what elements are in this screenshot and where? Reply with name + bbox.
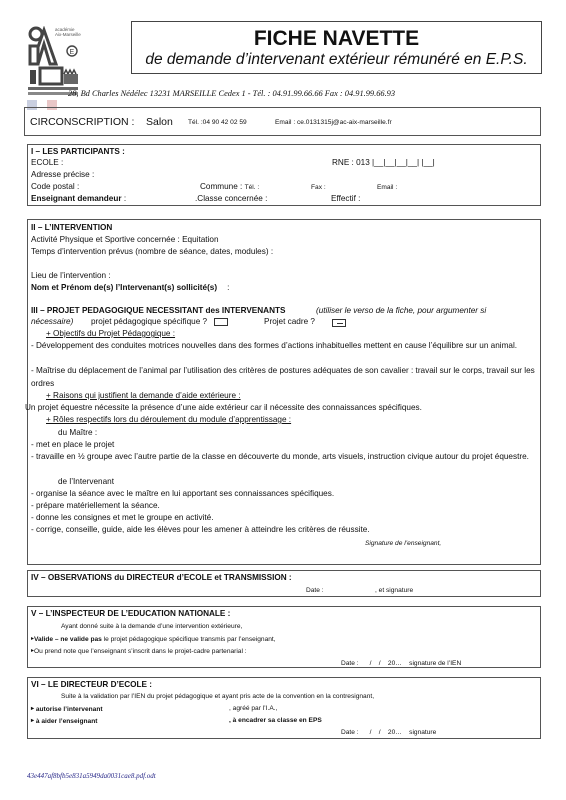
maitre-item-1: - met en place le projet xyxy=(31,440,114,450)
intervenant-item-3: - donne les consignes et met le groupe e… xyxy=(31,513,214,523)
adresse-label: Adresse précise : xyxy=(31,170,94,180)
classe-label: .Classe concernée : xyxy=(195,194,267,204)
section-3-note-cont: nécessaire) xyxy=(31,317,73,327)
raisons-heading: + Raisons qui justifient la demande d’ai… xyxy=(46,391,241,401)
cadre-label: Projet cadre ? xyxy=(264,317,315,327)
rne-field[interactable]: RNE : 013 |__|__|__|__| |__| xyxy=(332,158,435,168)
observations-signature-label: , et signature xyxy=(375,586,413,596)
section-6-title: VI – LE DIRECTEUR D’ECOLE : xyxy=(31,680,152,690)
enseignant-label: Enseignant demandeur : xyxy=(31,194,126,204)
page-title: FICHE NAVETTE xyxy=(132,28,541,50)
intervenant-item-2: - prépare matériellement la séance. xyxy=(31,501,160,511)
section-inspecteur: V – L’INSPECTEUR DE L’EDUCATION NATIONAL… xyxy=(27,606,541,668)
commune-label: Commune : Tél. : xyxy=(200,182,259,193)
circonscription-tel: Tél. :04 90 42 02 59 xyxy=(188,118,247,128)
intervenant-heading: de l’Intervenant xyxy=(58,477,114,487)
observations-date-label: Date : xyxy=(306,586,324,596)
effectif-label: Effectif : xyxy=(331,194,360,204)
agree-label: , agréé par l’I.A., xyxy=(229,704,277,714)
section-3-note: (utiliser le verso de la fiche, pour arg… xyxy=(316,306,486,316)
code-postal-label: Code postal : xyxy=(31,182,79,192)
address-line: 28, Bd Charles Nédélec 13231 MARSEILLE C… xyxy=(68,89,395,99)
specifique-checkbox[interactable] xyxy=(214,318,228,326)
maitre-heading: du Maître : xyxy=(58,428,97,438)
maitre-item-2: - travaille en ½ groupe avec l’autre par… xyxy=(31,451,539,464)
page-subtitle: de demande d’intervenant extérieur rémun… xyxy=(132,51,541,69)
directeur-intro: Suite à la validation par l’IEN du proje… xyxy=(61,692,374,702)
section-observations: IV – OBSERVATIONS du DIRECTEUR d’ECOLE e… xyxy=(27,570,541,597)
inspecteur-intro: Ayant donné suite à la demande d’une int… xyxy=(61,622,242,632)
section-4-title: IV – OBSERVATIONS du DIRECTEUR d’ECOLE e… xyxy=(31,573,292,583)
intervenant-item-4: - corrige, conseille, guide, aide les él… xyxy=(31,525,370,535)
directeur-date-signature: Date : / / 20… signature xyxy=(341,728,436,738)
footer-filename: 43e447af8bfb5e831a5949da0031cae8.pdf.odt xyxy=(27,771,156,781)
roles-heading: + Rôles respectifs lors du déroulement d… xyxy=(46,415,291,425)
svg-text:E: E xyxy=(70,49,75,56)
temps-line: Temps d’intervention prévus (nombre de s… xyxy=(31,247,273,257)
title-box: FICHE NAVETTE de demande d’intervenant e… xyxy=(131,21,542,74)
section-directeur: VI – LE DIRECTEUR D’ECOLE : Suite à la v… xyxy=(27,677,541,739)
valide-line: ▸Valide – ne valide pas le projet pédago… xyxy=(31,634,276,645)
bullet-triangle-icon: ▸ xyxy=(31,706,34,712)
ien-date-signature: Date : / / 20… signature de l’IEN xyxy=(341,659,461,669)
activite-line: Activité Physique et Sportive concernée … xyxy=(31,235,219,245)
section-intervention: II – L’INTERVENTION Activité Physique et… xyxy=(27,219,541,565)
section-participants: I – LES PARTICIPANTS : ECOLE : RNE : 013… xyxy=(27,144,541,206)
ecole-label: ECOLE : xyxy=(31,158,63,168)
objectif-2: - Maîtrise du déplacement de l’animal pa… xyxy=(31,365,539,390)
circonscription-email: Email : ce.0131315j@ac-aix-marseille.fr xyxy=(275,118,392,128)
teacher-signature-label: Signature de l’enseignant, xyxy=(365,539,441,549)
circonscription-label: CIRCONSCRIPTION : xyxy=(30,116,134,128)
objectif-1: - Développement des conduites motrices n… xyxy=(31,340,539,353)
fax-label: Fax : xyxy=(311,183,326,193)
autorise-line: ▸ autorise l’intervenant xyxy=(31,704,103,715)
section-5-title: V – L’INSPECTEUR DE L’EDUCATION NATIONAL… xyxy=(31,609,230,619)
aider-line: ▸ à aider l’enseignant xyxy=(31,716,97,727)
lieu-line: Lieu de l’intervention : xyxy=(31,271,111,281)
logo-text-region: Aix-Marseille xyxy=(55,32,81,37)
raisons-text: Un projet équestre nécessite la présence… xyxy=(25,403,422,413)
bullet-triangle-icon: ▸ xyxy=(31,718,34,724)
intervenant-name-line: Nom et Prénom de(s) l’Intervenant(s) sol… xyxy=(31,283,229,293)
cadre-checkbox[interactable] xyxy=(332,319,346,327)
encadrer-label: , à encadrer sa classe en EPS xyxy=(229,716,322,726)
specifique-label: projet pédagogique spécifique ? xyxy=(91,317,207,327)
section-1-title: I – LES PARTICIPANTS : xyxy=(31,147,125,157)
intervenant-item-1: - organise la séance avec le maître en l… xyxy=(31,489,334,499)
projet-cadre-line: ▸Ou prend note que l’enseignant s’inscri… xyxy=(31,646,247,657)
section-3-title: III – PROJET PEDAGOGIQUE NECESSITANT des… xyxy=(31,306,285,316)
email-label: Email : xyxy=(377,183,397,193)
circonscription-value: Salon xyxy=(146,116,173,128)
objectifs-heading: + Objectifs du Projet Pédagogique : xyxy=(46,329,175,339)
circonscription-box: CIRCONSCRIPTION : Salon Tél. :04 90 42 0… xyxy=(24,107,541,136)
section-2-title: II – L’INTERVENTION xyxy=(31,223,112,233)
